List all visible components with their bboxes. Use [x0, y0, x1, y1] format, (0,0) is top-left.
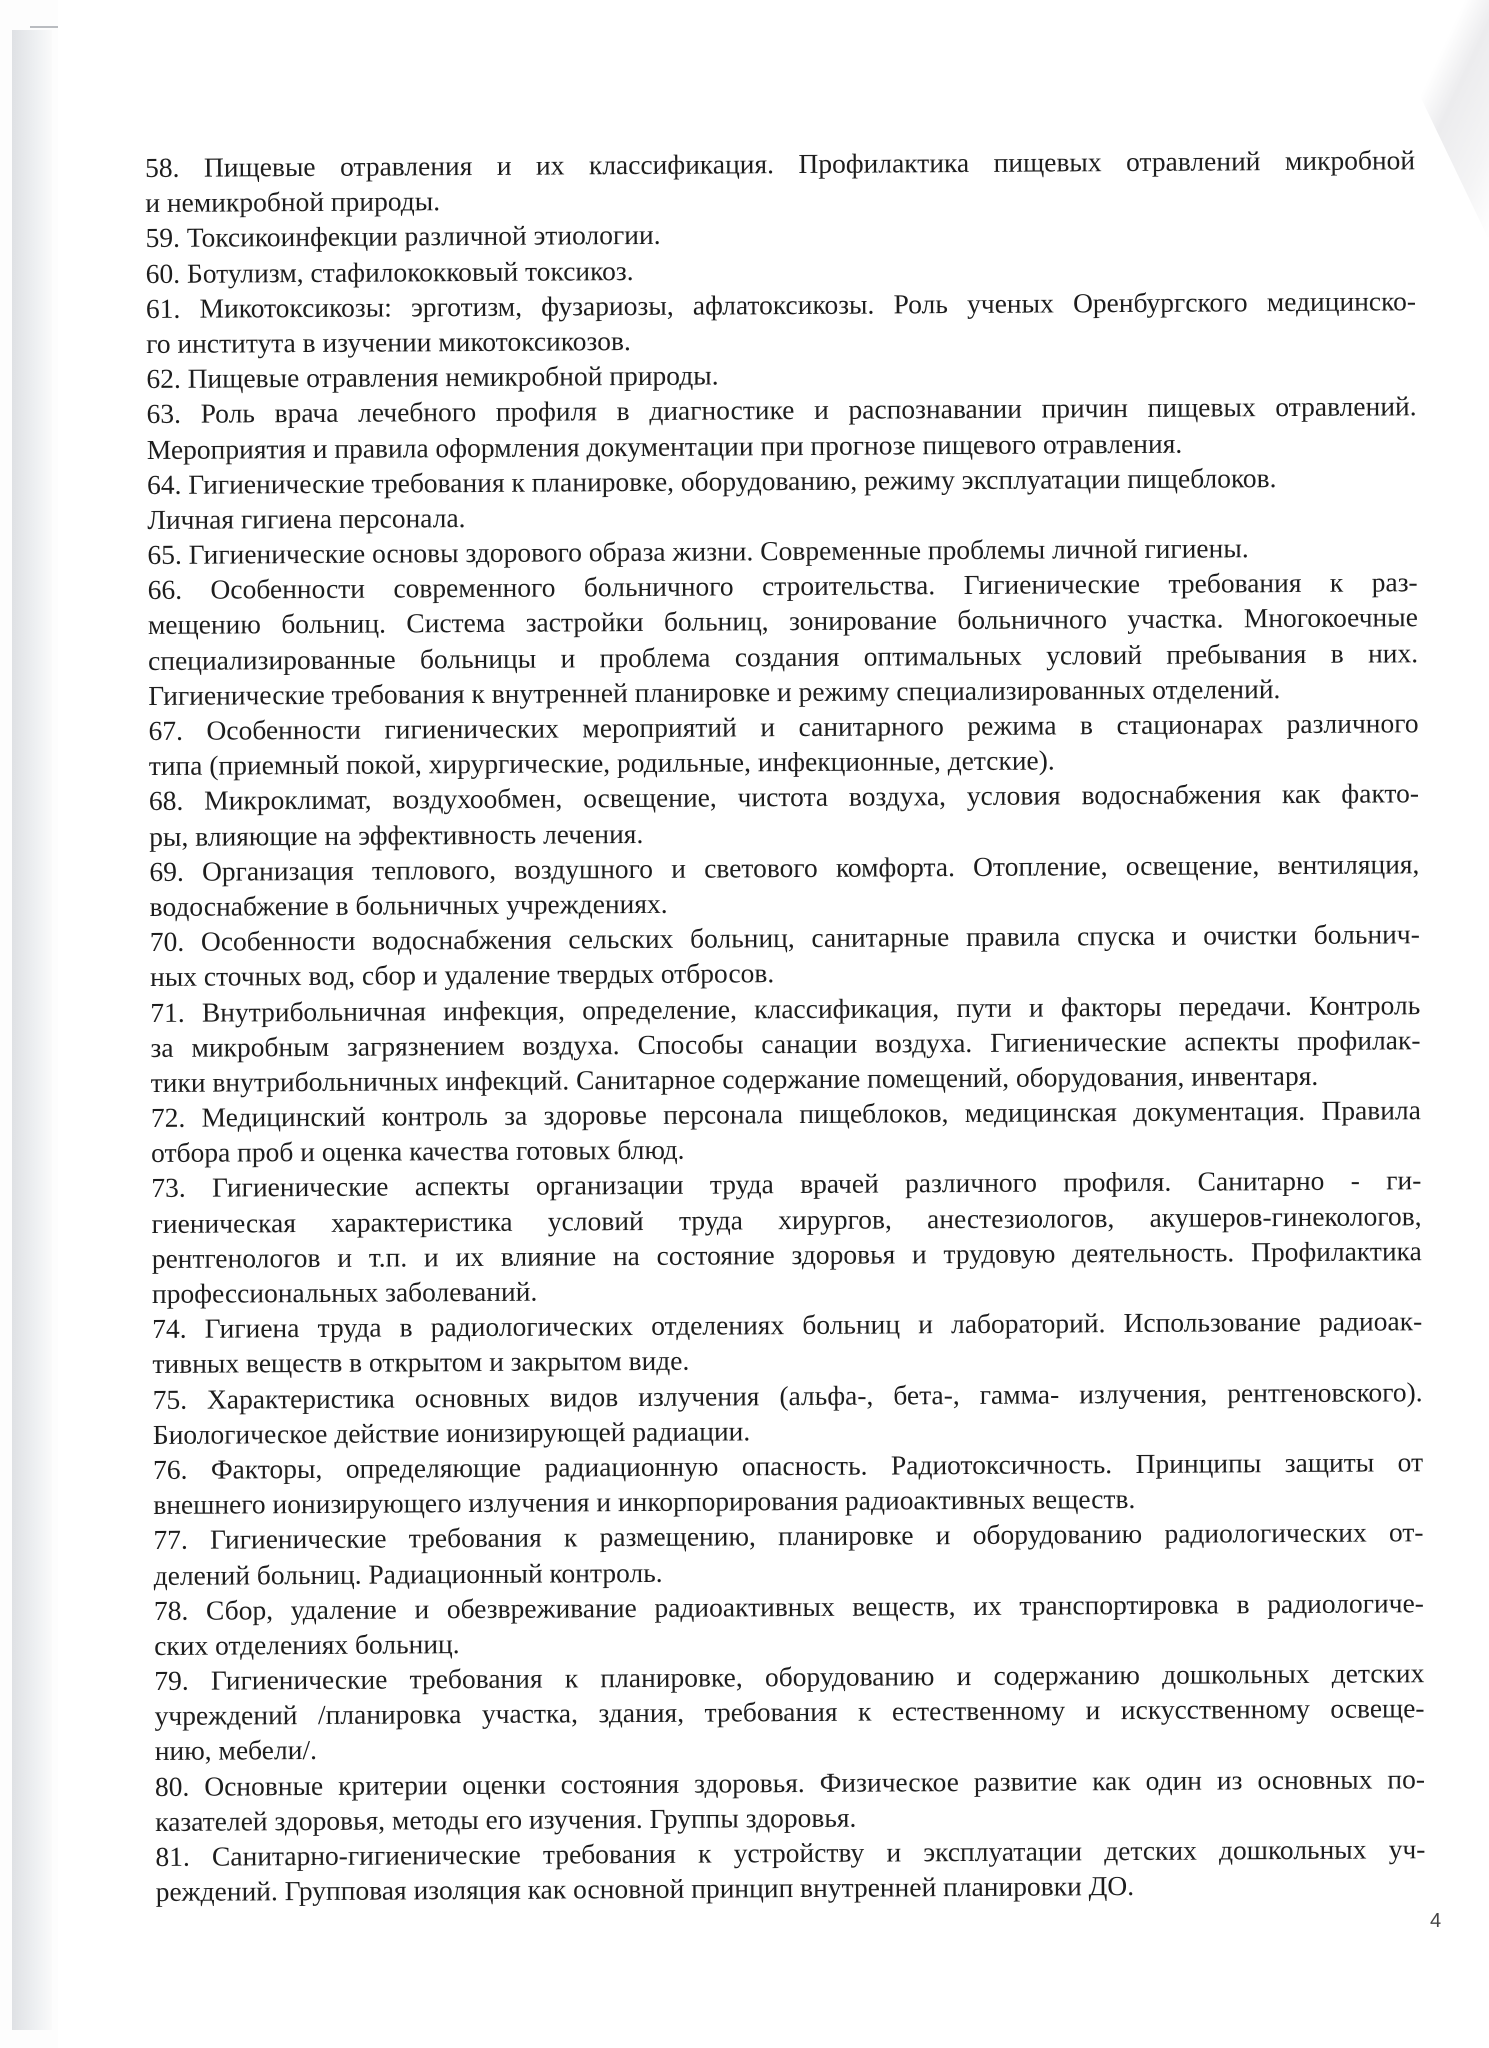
question-item-75: 75. Характеристика основных видов излуче…: [153, 1374, 1423, 1452]
question-item-63: 63. Роль врача лечебного профиля в диагн…: [147, 389, 1417, 467]
question-item-61: 61. Микотоксикозы: эрготизм, фузариозы, …: [146, 283, 1416, 361]
question-item-78: 78. Сбор, удаление и обезвреживание ради…: [154, 1585, 1424, 1663]
page-edge-line: [30, 26, 60, 28]
question-item-67: 67. Особенности гигиенических мероприяти…: [148, 705, 1418, 783]
question-item-68: 68. Микроклимат, воздухообмен, освещение…: [149, 776, 1419, 854]
underlying-page-edge: [12, 30, 52, 2030]
question-item-72: 72. Медицинский контроль за здоровье пер…: [151, 1092, 1421, 1170]
question-item-66: 66. Особенности современного больничного…: [148, 564, 1419, 713]
question-item-81: 81. Санитарно-гигиенические требования к…: [155, 1831, 1425, 1909]
question-item-74: 74. Гигиена труда в радиологических отде…: [152, 1303, 1422, 1381]
question-list: 58. Пищевые отравления и их классификаци…: [145, 142, 1426, 1909]
question-item-80: 80. Основные критерии оценки состояния з…: [155, 1761, 1425, 1839]
question-item-69: 69. Организация теплового, воздушного и …: [149, 846, 1419, 924]
page-number: 4: [1430, 1910, 1441, 1933]
question-item-79: 79. Гигиенические требования к планировк…: [154, 1655, 1425, 1768]
question-item-58: 58. Пищевые отравления и их классификаци…: [145, 142, 1415, 220]
question-item-71: 71. Внутрибольничная инфекция, определен…: [150, 987, 1421, 1100]
question-item-76: 76. Факторы, определяющие радиационную о…: [153, 1444, 1423, 1522]
question-item-70: 70. Особенности водоснабжения сельских б…: [150, 916, 1420, 994]
question-item-73: 73. Гигиенические аспекты организации тр…: [151, 1163, 1422, 1312]
question-item-77: 77. Гигиенические требования к размещени…: [153, 1515, 1423, 1593]
question-item-64: 64. Гигиенические требования к планировк…: [147, 459, 1417, 537]
